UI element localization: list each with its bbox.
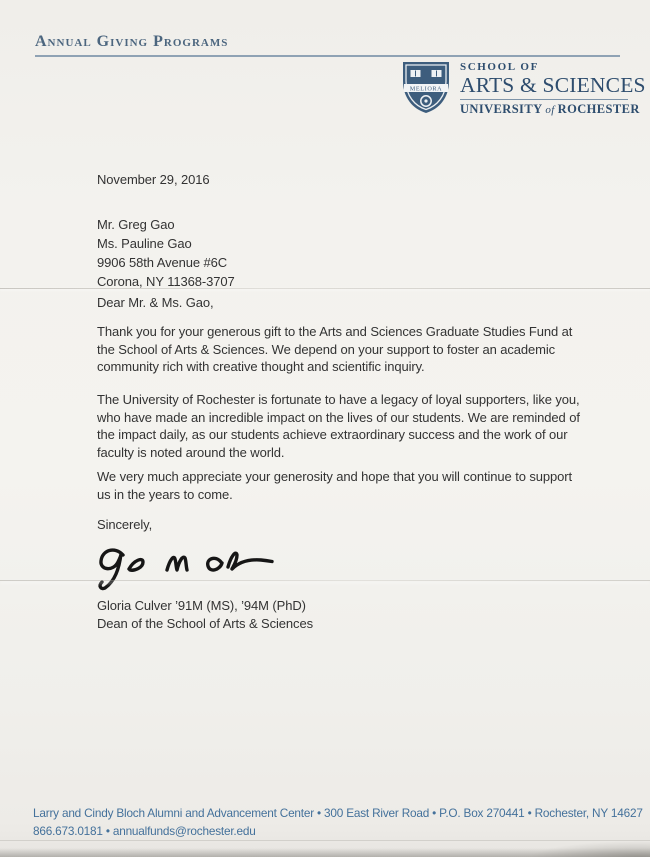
logo-divider [460,99,628,100]
recipient-address: Mr. Greg Gao Ms. Pauline Gao 9906 58th A… [97,215,235,291]
scan-edge-shadow [0,848,650,857]
logo-arts-sciences: ARTS & SCIENCES [460,73,646,97]
letter-date: November 29, 2016 [97,171,209,189]
closing: Sincerely, [97,516,152,534]
handwritten-signature [93,543,283,600]
signer-name: Gloria Culver ’91M (MS), ’94M (PhD) [97,597,313,615]
department-header: Annual Giving Programs [35,33,620,57]
paper-fold-crease [0,580,650,581]
scanned-letter-page: Annual Giving Programs MELIORA [0,0,650,857]
footer-contact: Larry and Cindy Bloch Alumni and Advance… [33,805,633,840]
address-line: 9906 58th Avenue #6C [97,253,235,272]
logo-university-of-rochester: UNIVERSITY of ROCHESTER [460,102,646,117]
footer-phone-email-line: 866.673.0181 • annualfunds@rochester.edu [33,823,633,841]
body-paragraph: The University of Rochester is fortunate… [97,391,580,461]
address-line: Mr. Greg Gao [97,215,235,234]
school-logo: MELIORA SCHOOL OF ARTS & SCIENCES UNIVER… [400,59,646,120]
logo-school-of: SCHOOL OF [460,61,646,73]
meliora-banner: MELIORA [404,84,448,92]
university-shield-icon: MELIORA [400,59,452,120]
signer-title: Dean of the School of Arts & Sciences [97,615,313,633]
signer-block: Gloria Culver ’91M (MS), ’94M (PhD) Dean… [97,597,313,632]
school-logo-text: SCHOOL OF ARTS & SCIENCES UNIVERSITY of … [460,59,646,117]
body-paragraph: We very much appreciate your generosity … [97,468,572,503]
paper-fold-crease [0,288,650,289]
body-paragraph: Thank you for your generous gift to the … [97,323,572,376]
svg-text:MELIORA: MELIORA [410,85,442,92]
salutation: Dear Mr. & Ms. Gao, [97,294,214,312]
address-line: Ms. Pauline Gao [97,234,235,253]
footer-address-line: Larry and Cindy Bloch Alumni and Advance… [33,805,633,823]
